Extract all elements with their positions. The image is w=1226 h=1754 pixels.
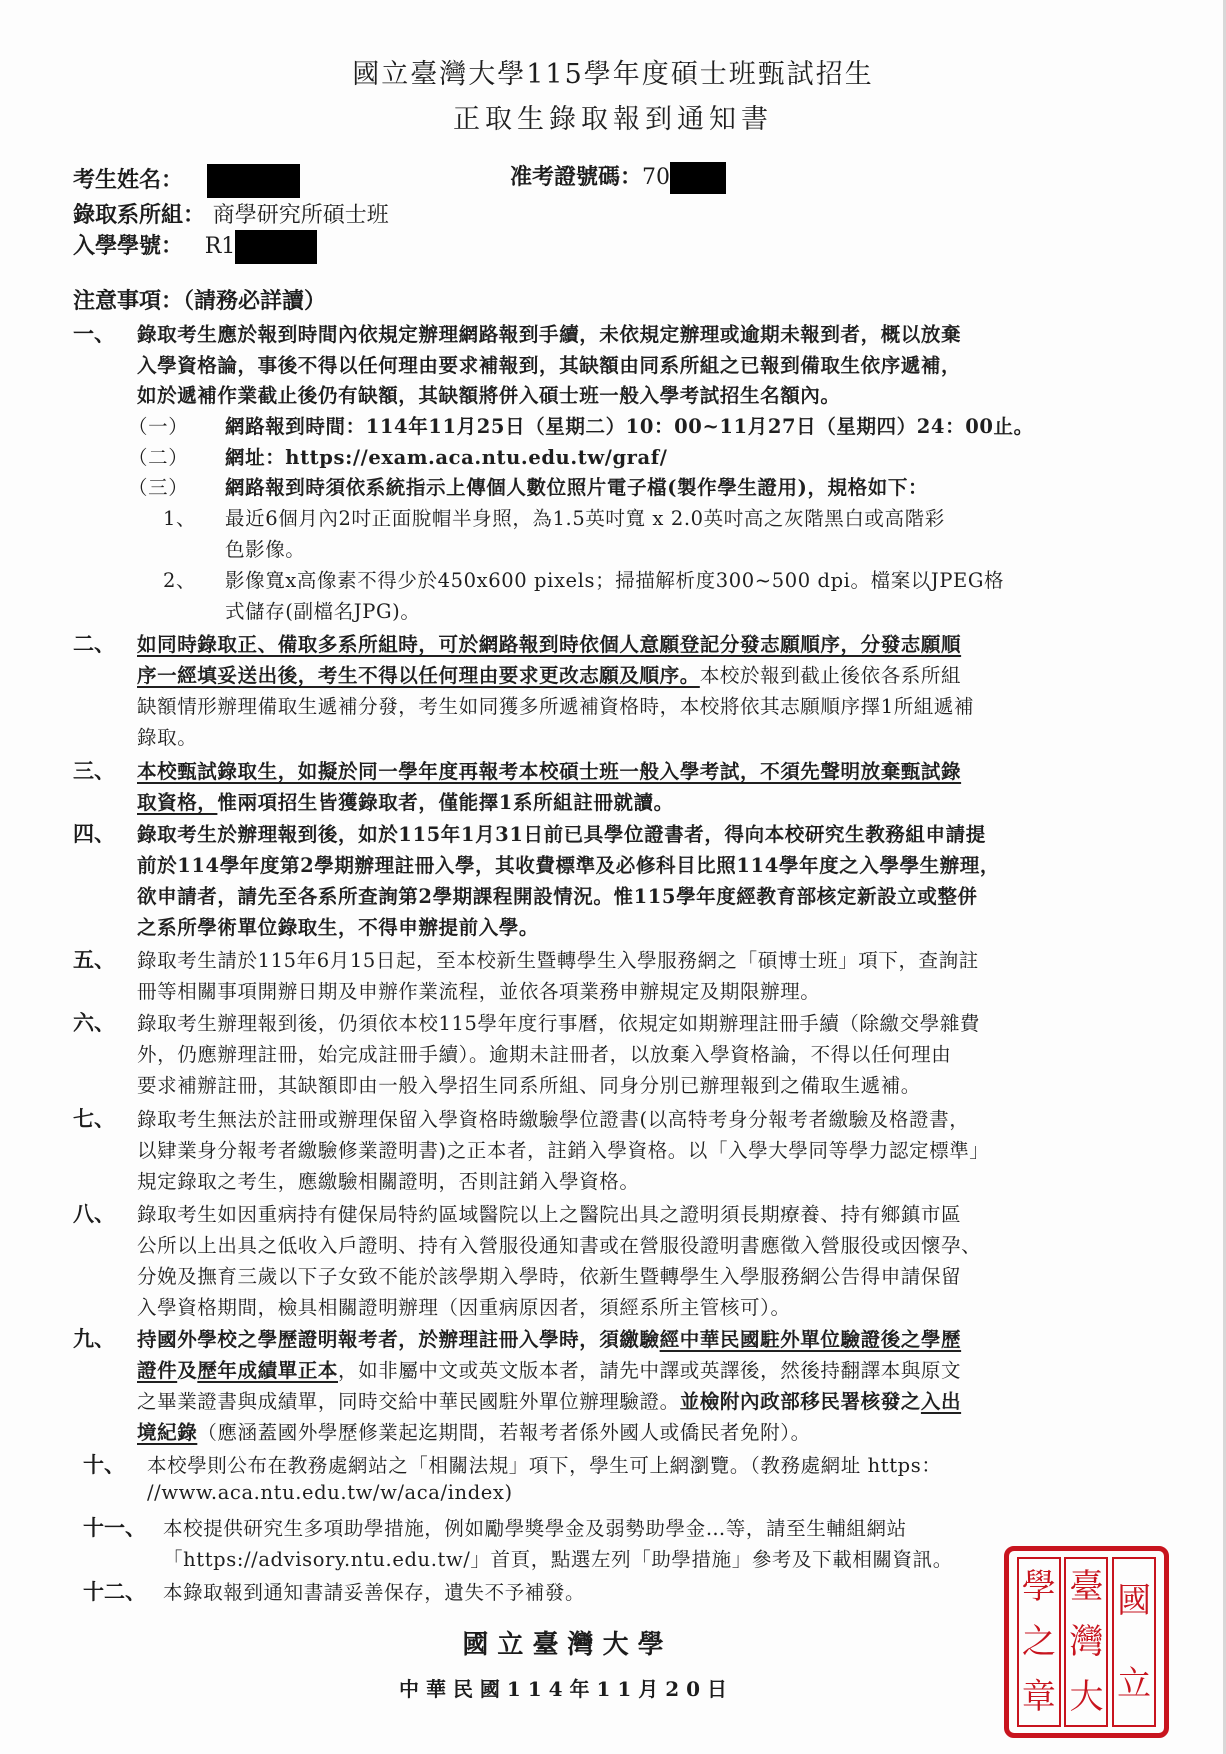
item-9-and: 及 [177, 1359, 197, 1382]
seal-char: 大 [1069, 1680, 1103, 1714]
department-label: 錄取系所組： [73, 202, 205, 228]
item-9-entry-exit: 入出 [921, 1390, 961, 1413]
item-8-line-1: 錄取考生如因重病持有健保局特約區域醫院以上之醫院出具之證明須長期療養、持有鄉鎮市… [137, 1199, 961, 1227]
student-id-label: 入學學號： [73, 233, 183, 259]
student-id-prefix: R1 [205, 234, 236, 259]
item-1-line-2: 入學資格論，事後不得以任何理由要求補報到，其缺額由同系所組之已報到備取生依序遞補… [137, 350, 961, 378]
exam-id-redaction [670, 162, 726, 194]
item-3-line-2: 取資格，惟兩項招生皆獲錄取者，僅能擇1系所組註冊就讀。 [137, 787, 674, 815]
student-id-redaction [235, 230, 317, 264]
subitem-3-text: 網路報到時須依系統指示上傳個人數位照片電子檔(製作學生證用)，規格如下： [225, 472, 928, 500]
item-6-line-3: 要求補辦註冊，其缺額即由一般入學招生同系所組、同身分別已辦理報到之備取生遞補。 [137, 1070, 921, 1098]
subitem-1-number: （一） [128, 411, 188, 439]
exam-id-label: 准考證號碼： [510, 164, 642, 190]
seal-char: 之 [1022, 1625, 1056, 1659]
item-10-line-2[interactable]: //www.aca.ntu.edu.tw/w/aca/index) [147, 1481, 513, 1504]
seal-column-2: 臺 灣 大 [1064, 1557, 1108, 1727]
item-9-line-2: 證件及歷年成績單正本，如非屬中文或英文版本者，請先中譯或英譯後，然後持翻譯本與原… [137, 1355, 961, 1383]
item-10-number: 十、 [83, 1449, 125, 1479]
spec-2-number: 2、 [163, 565, 196, 593]
item-3-line-2-emphasis: 取資格， [137, 791, 217, 814]
item-9-certificate: 證件 [137, 1359, 177, 1382]
registration-url-link[interactable]: 網址：https://exam.aca.ntu.edu.tw/graf/ [225, 446, 668, 469]
seal-char: 學 [1022, 1570, 1056, 1604]
notes-heading: 注意事項：（請務必詳讀） [73, 284, 326, 315]
department-value: 商學研究所碩士班 [213, 203, 389, 228]
item-3-number: 三、 [73, 755, 115, 785]
subitem-3-number: （三） [128, 472, 188, 500]
item-11-number: 十一、 [83, 1512, 146, 1542]
exam-id-field: 准考證號碼：70 [510, 160, 726, 194]
seal-char: 立 [1117, 1667, 1151, 1701]
item-9-line-1-bold: 持國外學校之學歷證明報考者，於辦理註冊入學時，須繳驗 [137, 1328, 660, 1351]
item-7-number: 七、 [73, 1103, 115, 1133]
spec-1-number: 1、 [163, 503, 196, 531]
student-id-field: 入學學號： R1 [73, 229, 317, 264]
seal-char: 國 [1117, 1584, 1151, 1618]
item-4-line-4: 之系所學術單位錄取生，不得申辦提前入學。 [137, 912, 539, 940]
item-9-line-3-bold: 並檢附內政部移民署核發之 [680, 1390, 921, 1413]
item-9-line-1-underlined: 經中華民國駐外單位驗證後之學歷 [660, 1328, 962, 1351]
item-5-line-1: 錄取考生請於115年6月15日起，至本校新生暨轉學生入學服務網之「碩博士班」項下… [137, 945, 979, 973]
item-2-line-4: 錄取。 [137, 722, 197, 750]
item-6-line-1: 錄取考生辦理報到後，仍須依本校115學年度行事曆，依規定如期辦理註冊手續（除繳交… [137, 1008, 980, 1036]
admission-notice-page: 國立臺灣大學115學年度碩士班甄試招生 正取生錄取報到通知書 考生姓名： 准考證… [0, 0, 1226, 1754]
item-6-line-2: 外，仍應辦理註冊，始完成註冊手續）。逾期未註冊者，以放棄入學資格論，不得以任何理… [137, 1039, 951, 1067]
exam-id-prefix: 70 [642, 165, 670, 190]
item-8-line-2: 公所以上出具之低收入戶證明、持有入營服役通知書或在營服役證明書應徵入營服役或因懷… [137, 1230, 981, 1258]
department-field: 錄取系所組： 商學研究所碩士班 [73, 198, 389, 229]
seal-column-1: 國 立 [1112, 1557, 1156, 1727]
subitem-2-number: （二） [128, 442, 188, 470]
subitem-2-text: 網址：https://exam.aca.ntu.edu.tw/graf/ [225, 442, 668, 470]
applicant-name-field: 考生姓名： [73, 163, 300, 198]
item-1-line-3: 如於遞補作業截止後仍有缺額，其缺額將併入碩士班一般入學考試招生名額內。 [137, 380, 841, 408]
spec-2-line-2: 式儲存(副檔名JPG)。 [225, 596, 420, 624]
document-title: 國立臺灣大學115學年度碩士班甄試招生 [0, 52, 1226, 91]
item-8-number: 八、 [73, 1198, 115, 1228]
item-3-line-2-rest: 惟兩項招生皆獲錄取者，僅能擇1系所組註冊就讀。 [217, 791, 673, 814]
item-9-line-4-rest: （應涵蓋國外學歷修業起迄期間，若報考者係外國人或僑民者免附）。 [197, 1421, 810, 1444]
item-4-number: 四、 [73, 818, 115, 848]
item-1-line-1: 錄取考生應於報到時間內依規定辦理網路報到手續，未依規定辦理或逾期未報到者，概以放… [137, 319, 961, 347]
issuer-name: 國 立 臺 灣 大 學 [0, 1624, 1176, 1661]
item-11-line-1: 本校提供研究生多項助學措施，例如勵學獎學金及弱勢助學金…等，請至生輔組網站 [163, 1513, 907, 1541]
applicant-name-label: 考生姓名： [73, 167, 183, 193]
item-9-line-3: 之畢業證書與成績單，同時交給中華民國駐外單位辦理驗證。並檢附內政部移民署核發之入… [137, 1386, 961, 1414]
item-9-record: 境紀錄 [137, 1421, 197, 1444]
issue-date: 中 華 民 國 1 1 4 年 1 1 月 2 0 日 [0, 1673, 1176, 1702]
item-12-line-1: 本錄取報到通知書請妥善保存，遺失不予補發。 [163, 1577, 585, 1605]
document-subtitle: 正取生錄取報到通知書 [0, 97, 1226, 136]
seal-char: 臺 [1069, 1570, 1103, 1604]
item-4-line-1: 錄取考生於辦理報到後，如於115年1月31日前已具學位證書者，得向本校研究生教務… [137, 819, 986, 847]
subitem-1-text: 網路報到時間：114年11月25日（星期二）10：00~11月27日（星期四）2… [225, 411, 1034, 439]
item-12-number: 十二、 [83, 1576, 146, 1606]
item-7-line-2: 以肄業身分報考者繳驗修業證明書)之正本者，註銷入學資格。以「入學大學同等學力認定… [137, 1135, 989, 1163]
item-2-line-3: 缺額情形辦理備取生遞補分發，考生如同獲多所遞補資格時，本校將依其志願順序擇1所組… [137, 691, 974, 719]
item-2-line-2-rest: 本校於報到截止後依各系所組 [700, 664, 961, 687]
item-9-number: 九、 [73, 1323, 115, 1353]
spec-2-line-1: 影像寬x高像素不得少於450x600 pixels；掃描解析度300~500 d… [225, 565, 1004, 593]
item-6-number: 六、 [73, 1007, 115, 1037]
item-5-number: 五、 [73, 944, 115, 974]
item-3-line-1: 本校甄試錄取生，如擬於同一學年度再報考本校碩士班一般入學考試，不須先聲明放棄甄試… [137, 756, 961, 784]
item-1-number: 一、 [73, 318, 115, 348]
item-9-line-1: 持國外學校之學歷證明報考者，於辦理註冊入學時，須繳驗經中華民國駐外單位驗證後之學… [137, 1324, 961, 1352]
official-seal-icon: 國 立 臺 灣 大 學 之 章 [1004, 1546, 1169, 1738]
seal-column-3: 學 之 章 [1017, 1557, 1061, 1727]
item-9-line-2-rest: ，如非屬中文或英文版本者，請先中譯或英譯後，然後持翻譯本與原文 [338, 1359, 961, 1382]
seal-char: 灣 [1069, 1625, 1103, 1659]
item-8-line-3: 分娩及撫育三歲以下子女致不能於該學期入學時，依新生暨轉學生入學服務網公告得申請保… [137, 1261, 961, 1289]
item-11-line-2[interactable]: 「https://advisory.ntu.edu.tw/」首頁，點選左列「助學… [163, 1544, 953, 1572]
item-2-line-2: 序一經填妥送出後，考生不得以任何理由要求更改志願及順序。本校於報到截止後依各系所… [137, 660, 961, 688]
item-2-line-1: 如同時錄取正、備取多系所組時，可於網路報到時依個人意願登記分發志願順序，分發志願… [137, 629, 961, 657]
item-10-line-1: 本校學則公布在教務處網站之「相關法規」項下，學生可上網瀏覽。（教務處網址 htt… [147, 1450, 941, 1478]
applicant-name-redaction [207, 164, 300, 198]
item-2-number: 二、 [73, 628, 115, 658]
item-5-line-2: 冊等相關事項開辦日期及申辦作業流程，並依各項業務申辦規定及期限辦理。 [137, 976, 820, 1004]
item-4-line-2: 前於114學年度第2學期辦理註冊入學，其收費標準及必修科目比照114學年度之入學… [137, 850, 1000, 878]
item-4-line-3: 欲申請者，請先至各系所查詢第2學期課程開設情況。惟115學年度經教育部核定新設立… [137, 881, 978, 909]
spec-1-line-2: 色影像。 [225, 534, 305, 562]
item-9-line-3-rest: 之畢業證書與成績單，同時交給中華民國駐外單位辦理驗證。 [137, 1390, 680, 1413]
item-9-transcript: 歷年成績單正本 [197, 1359, 338, 1382]
item-7-line-1: 錄取考生無法於註冊或辦理保留入學資格時繳驗學位證書(以高特考身分報考者繳驗及格證… [137, 1104, 969, 1132]
spec-1-line-1: 最近6個月內2吋正面脫帽半身照，為1.5英吋寬 x 2.0英吋高之灰階黑白或高階… [225, 503, 945, 531]
item-7-line-3: 規定錄取之考生，應繳驗相關證明，否則註銷入學資格。 [137, 1166, 640, 1194]
seal-char: 章 [1022, 1680, 1056, 1714]
item-2-line-2-emphasis: 序一經填妥送出後，考生不得以任何理由要求更改志願及順序。 [137, 664, 700, 687]
item-9-line-4: 境紀錄（應涵蓋國外學歷修業起迄期間，若報考者係外國人或僑民者免附）。 [137, 1417, 811, 1445]
item-8-line-4: 入學資格期間，檢具相關證明辦理（因重病原因者，須經系所主管核可）。 [137, 1292, 791, 1320]
